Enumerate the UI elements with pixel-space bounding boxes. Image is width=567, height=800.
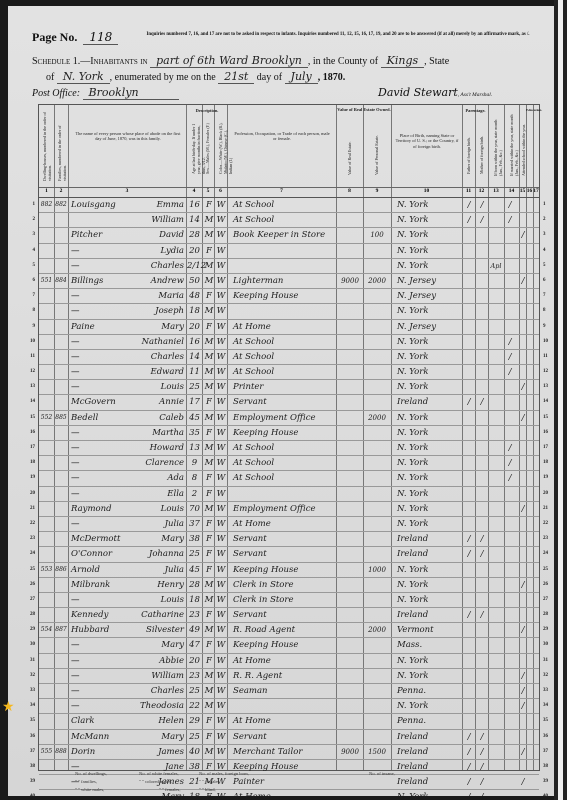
table-row: 5—Charles2/12MWN. YorkApl5 xyxy=(39,259,539,274)
dwelling-number xyxy=(39,532,54,546)
given-name: Lydia xyxy=(160,244,184,258)
given-name: Louis xyxy=(161,593,184,607)
age: 18 xyxy=(187,304,202,318)
school-mark xyxy=(505,638,515,652)
line-number: 24 xyxy=(27,551,35,556)
sex: M xyxy=(203,411,215,425)
mother-foreign-mark: / xyxy=(476,608,488,622)
mother-foreign-mark: / xyxy=(476,213,488,227)
surname: — xyxy=(71,684,80,698)
line-number-right: 30 xyxy=(543,642,553,647)
father-foreign-mark xyxy=(463,623,475,637)
sex: F xyxy=(203,198,215,212)
color: W xyxy=(215,563,227,577)
given-name: Henry xyxy=(157,578,184,592)
school-mark xyxy=(505,395,515,409)
father-foreign-mark xyxy=(463,274,475,288)
occupation xyxy=(229,304,339,318)
personal-estate-value xyxy=(364,365,390,379)
table-row: 20—Ella2FWN. York20 xyxy=(39,487,539,502)
person-name: McGovernAnnie xyxy=(69,395,186,409)
surname: — xyxy=(71,456,80,470)
occupation: At Home xyxy=(229,320,339,334)
birth-month xyxy=(489,441,503,455)
school-mark xyxy=(505,760,515,774)
surname: — xyxy=(71,426,80,440)
line-number-right: 28 xyxy=(543,612,553,617)
surname: Kennedy xyxy=(71,608,108,622)
surname: McMann xyxy=(71,730,109,744)
real-estate-value xyxy=(337,365,363,379)
given-name: Abbie xyxy=(159,654,184,668)
footer-foreign-females: " " females, xyxy=(199,779,220,784)
school-mark xyxy=(505,593,515,607)
citizen-mark xyxy=(517,760,529,774)
table-row: 3PitcherDavid28MWBook Keeper in Store100… xyxy=(39,228,539,243)
table-row: 6BillingsAndrew55188450MWLighterman90002… xyxy=(39,274,539,289)
footer-insane: No. of insane, xyxy=(369,771,395,776)
occupation: Keeping House xyxy=(229,563,339,577)
line-number-right: 10 xyxy=(543,339,553,344)
person-name: ClarkHelen xyxy=(69,714,186,728)
real-estate-value xyxy=(337,259,363,273)
line-number-right: 36 xyxy=(543,734,553,739)
line-number: 22 xyxy=(27,521,35,526)
occupation: At School xyxy=(229,441,339,455)
sex: M xyxy=(203,259,215,273)
table-row: 34—Theodosia22MWN. York/34 xyxy=(39,699,539,714)
dwelling-number xyxy=(39,304,54,318)
line-number: 2 xyxy=(27,217,35,222)
given-name: Clarence xyxy=(145,456,184,470)
personal-estate-value xyxy=(364,654,390,668)
color: W xyxy=(215,684,227,698)
surname: Louisgang xyxy=(71,198,116,212)
line-number-right: 21 xyxy=(543,506,553,511)
occupation: At Home xyxy=(229,790,339,800)
surname: — xyxy=(71,259,80,273)
color: W xyxy=(215,487,227,501)
age: 38 xyxy=(187,532,202,546)
given-name: Louis xyxy=(161,502,184,516)
birthplace: Ireland xyxy=(392,745,467,759)
marshal-line: David Stewart, Ass't Marshal. xyxy=(378,86,492,99)
person-name: MilbrankHenry xyxy=(69,578,186,592)
line-number-right: 23 xyxy=(543,536,553,541)
school-mark: / xyxy=(505,213,515,227)
surname: Hubbard xyxy=(71,623,109,637)
father-foreign-mark: / xyxy=(463,532,475,546)
sex: F xyxy=(203,714,215,728)
post-office-value: Brooklyn xyxy=(83,86,179,100)
person-name: DorinJames xyxy=(69,745,186,759)
line-number-right: 4 xyxy=(543,248,553,253)
month-value: July xyxy=(285,70,318,84)
dwelling-number xyxy=(39,669,54,683)
age: 45 xyxy=(187,563,202,577)
real-estate-value xyxy=(337,213,363,227)
col-8-header: Value of Real Estate. xyxy=(347,125,352,175)
person-name: —Ella xyxy=(69,487,186,501)
sex: F xyxy=(203,289,215,303)
mother-foreign-mark xyxy=(476,441,488,455)
education-header: Education. xyxy=(526,108,540,113)
family-number xyxy=(54,395,68,409)
birthplace: N. York xyxy=(392,350,467,364)
real-estate-value xyxy=(337,593,363,607)
person-name: —Theodosia xyxy=(69,699,186,713)
father-foreign-mark xyxy=(463,259,475,273)
birthplace: Ireland xyxy=(392,775,467,789)
dwelling-number xyxy=(39,790,54,800)
person-name: O'ConnorJohanna xyxy=(69,547,186,561)
school-mark xyxy=(505,669,515,683)
school-mark: / xyxy=(505,471,515,485)
person-name: ArnoldJulia xyxy=(69,563,186,577)
family-number xyxy=(54,654,68,668)
footer-white-males: " " white males, xyxy=(75,787,104,792)
real-estate-value xyxy=(337,350,363,364)
col-3-header: The name of every person whose place of … xyxy=(74,131,182,142)
person-name: —Clarence xyxy=(69,456,186,470)
family-number xyxy=(54,471,68,485)
real-estate-value xyxy=(337,623,363,637)
line-number: 3 xyxy=(27,232,35,237)
father-foreign-mark xyxy=(463,578,475,592)
table-row: 10—Nathaniel16MWAt SchoolN. York/10 xyxy=(39,335,539,350)
citizen-mark xyxy=(517,532,529,546)
of-label: of xyxy=(46,72,54,83)
birth-month xyxy=(489,623,503,637)
real-estate-value xyxy=(337,456,363,470)
birthplace: N. York xyxy=(392,593,467,607)
real-estate-value xyxy=(337,380,363,394)
birthplace: N. York xyxy=(392,654,467,668)
birthplace: Vermont xyxy=(392,623,467,637)
personal-estate-value xyxy=(364,775,390,789)
citizen-mark xyxy=(517,289,529,303)
col-7-header: Profession, Occupation, or Trade of each… xyxy=(234,131,330,142)
person-name: —William xyxy=(69,669,186,683)
age: 25 xyxy=(187,684,202,698)
line-number-right: 31 xyxy=(543,658,553,663)
father-foreign-mark xyxy=(463,441,475,455)
col-13-header: If born within the year, state month (Ja… xyxy=(493,111,503,176)
father-foreign-mark: / xyxy=(463,790,475,800)
father-foreign-mark xyxy=(463,335,475,349)
sex: M xyxy=(203,213,215,227)
sex: M xyxy=(203,623,215,637)
father-foreign-mark xyxy=(463,350,475,364)
school-mark xyxy=(505,775,515,789)
given-name: Julia xyxy=(165,517,184,531)
line-number-right: 26 xyxy=(543,582,553,587)
personal-estate-value xyxy=(364,547,390,561)
birth-month xyxy=(489,198,503,212)
personal-estate-value xyxy=(364,669,390,683)
mother-foreign-mark xyxy=(476,593,488,607)
family-number xyxy=(54,456,68,470)
line-number-right: 14 xyxy=(543,399,553,404)
table-row: 25ArnoldJulia55388645FWKeeping House1000… xyxy=(39,563,539,578)
surname: — xyxy=(71,380,80,394)
school-mark xyxy=(505,699,515,713)
given-name: Catharine xyxy=(141,608,184,622)
occupation: Keeping House xyxy=(229,289,339,303)
real-estate-value xyxy=(337,532,363,546)
color: W xyxy=(215,426,227,440)
personal-estate-value xyxy=(364,532,390,546)
mother-foreign-mark xyxy=(476,320,488,334)
post-office-label: Post Office: xyxy=(32,88,80,99)
mother-foreign-mark: / xyxy=(476,790,488,800)
birthplace: N. Jersey xyxy=(392,289,467,303)
line-number: 36 xyxy=(27,734,35,739)
real-estate-value: 9000 xyxy=(337,274,363,288)
dwelling-number xyxy=(39,547,54,561)
sex: F xyxy=(203,638,215,652)
mother-foreign-mark xyxy=(476,259,488,273)
line-number: 28 xyxy=(27,612,35,617)
personal-estate-value xyxy=(364,244,390,258)
surname: — xyxy=(71,304,80,318)
surname: Clark xyxy=(71,714,95,728)
location-value: part of 6th Ward Brooklyn xyxy=(150,54,308,68)
personal-estate-value: 2000 xyxy=(364,274,390,288)
sex: M xyxy=(203,380,215,394)
dwelling-number xyxy=(39,441,54,455)
personal-estate-value: 2000 xyxy=(364,411,390,425)
mother-foreign-mark: / xyxy=(476,760,488,774)
surname: — xyxy=(71,244,80,258)
mother-foreign-mark xyxy=(476,669,488,683)
birth-month xyxy=(489,730,503,744)
line-number-right: 5 xyxy=(543,263,553,268)
father-foreign-mark xyxy=(463,320,475,334)
footer-colored-males: " " colored males, xyxy=(139,779,172,784)
col-num: 3 xyxy=(68,188,186,194)
real-estate-value xyxy=(337,198,363,212)
col-num: 10 xyxy=(391,188,462,194)
family-number xyxy=(54,335,68,349)
line-number: 17 xyxy=(27,445,35,450)
mother-foreign-mark xyxy=(476,563,488,577)
inquiries-note: Inquiries numbered 7, 16, and 17 are not… xyxy=(133,32,543,38)
person-name: —Nathaniel xyxy=(69,335,186,349)
person-name: LouisgangEmma xyxy=(69,198,186,212)
citizen-mark xyxy=(517,395,529,409)
footer-blind: " " blind, xyxy=(199,787,216,792)
real-estate-value xyxy=(337,517,363,531)
line-number: 39 xyxy=(27,779,35,784)
family-number xyxy=(54,517,68,531)
dwelling-number xyxy=(39,456,54,470)
person-name: —Mary xyxy=(69,638,186,652)
color: W xyxy=(215,198,227,212)
father-foreign-mark xyxy=(463,487,475,501)
col-num: 14 xyxy=(504,188,519,194)
table-row: 30—Mary47FWKeeping HouseMass.30 xyxy=(39,638,539,653)
color: W xyxy=(215,593,227,607)
color: W xyxy=(215,532,227,546)
sex: M xyxy=(203,441,215,455)
person-name: —Ada xyxy=(69,471,186,485)
family-number xyxy=(54,532,68,546)
line-number: 19 xyxy=(27,475,35,480)
real-estate-value xyxy=(337,578,363,592)
age: 35 xyxy=(187,426,202,440)
birth-month xyxy=(489,335,503,349)
mother-foreign-mark: / xyxy=(476,395,488,409)
person-name: William xyxy=(69,213,186,227)
family-number xyxy=(54,259,68,273)
real-estate-value xyxy=(337,699,363,713)
occupation: At School xyxy=(229,213,339,227)
dwelling-number xyxy=(39,380,54,394)
birthplace: Ireland xyxy=(392,760,467,774)
citizen-mark xyxy=(517,304,529,318)
birth-month xyxy=(489,654,503,668)
mother-foreign-mark xyxy=(476,244,488,258)
col-num: 6 xyxy=(214,188,227,194)
birthplace: N. York xyxy=(392,487,467,501)
personal-estate-value xyxy=(364,213,390,227)
mother-foreign-mark xyxy=(476,304,488,318)
real-estate-value xyxy=(337,714,363,728)
surname: McGovern xyxy=(71,395,116,409)
sex: M xyxy=(203,502,215,516)
person-name: —Edward xyxy=(69,365,186,379)
table-row: 24O'ConnorJohanna25FWServantIreland//24 xyxy=(39,547,539,562)
mother-foreign-mark xyxy=(476,456,488,470)
personal-estate-value xyxy=(364,395,390,409)
surname: — xyxy=(71,699,80,713)
sex: F xyxy=(203,654,215,668)
line-number-right: 25 xyxy=(543,567,553,572)
line-number-right: 29 xyxy=(543,627,553,632)
person-name: —Joseph xyxy=(69,304,186,318)
father-foreign-mark: / xyxy=(463,745,475,759)
dwelling-number xyxy=(39,244,54,258)
age: 22 xyxy=(187,699,202,713)
citizen-mark xyxy=(517,547,529,561)
personal-estate-value: 2000 xyxy=(364,623,390,637)
occupation: At Home xyxy=(229,714,339,728)
dwelling-number xyxy=(39,228,54,242)
line-number-right: 22 xyxy=(543,521,553,526)
birth-month xyxy=(489,244,503,258)
color: W xyxy=(215,699,227,713)
line-number-right: 11 xyxy=(543,354,553,359)
footer-foreign-males: No. of males, foreign born, xyxy=(199,771,249,776)
occupation: Lighterman xyxy=(229,274,339,288)
citizen-mark xyxy=(517,456,529,470)
person-name: PaineMary xyxy=(69,320,186,334)
birthplace: N. York xyxy=(392,669,467,683)
birth-month xyxy=(489,365,503,379)
birth-month xyxy=(489,320,503,334)
father-foreign-mark xyxy=(463,669,475,683)
person-name: —Charles xyxy=(69,259,186,273)
surname: Raymond xyxy=(71,502,112,516)
table-row: 31—Abbie20FWAt HomeN. York31 xyxy=(39,654,539,669)
birth-month xyxy=(489,699,503,713)
color: W xyxy=(215,350,227,364)
birth-month xyxy=(489,517,503,531)
dwelling-number xyxy=(39,654,54,668)
mother-foreign-mark xyxy=(476,517,488,531)
citizen-mark: / xyxy=(517,274,529,288)
birthplace: N. York xyxy=(392,578,467,592)
table-row: 28KennedyCatharine23FWServantIreland//28 xyxy=(39,608,539,623)
footer-white-females: No. of white females, xyxy=(139,771,179,776)
occupation: Employment Office xyxy=(229,411,339,425)
color: W xyxy=(215,244,227,258)
census-rows: 1LouisgangEmma88288216FWAt SchoolN. York… xyxy=(39,198,539,800)
person-name: —Louis xyxy=(69,380,186,394)
citizen-mark: / xyxy=(517,745,529,759)
family-number xyxy=(54,304,68,318)
occupation: Employment Office xyxy=(229,502,339,516)
father-foreign-mark xyxy=(463,365,475,379)
school-mark xyxy=(505,684,515,698)
citizen-mark: / xyxy=(517,578,529,592)
real-estate-value: 9000 xyxy=(337,745,363,759)
line-number: 38 xyxy=(27,764,35,769)
family-number xyxy=(54,426,68,440)
age: 11 xyxy=(187,365,202,379)
sex: M xyxy=(203,578,215,592)
age: 14 xyxy=(187,213,202,227)
schedule-line: Schedule 1.—Inhabitants in part of 6th W… xyxy=(32,54,449,67)
school-mark: / xyxy=(505,350,515,364)
person-name: —Martha xyxy=(69,426,186,440)
birth-month xyxy=(489,775,503,789)
real-estate-value xyxy=(337,487,363,501)
col-num: 4 xyxy=(186,188,202,194)
family-number xyxy=(54,441,68,455)
birth-month xyxy=(489,380,503,394)
mother-foreign-mark xyxy=(476,578,488,592)
citizen-mark xyxy=(517,790,529,800)
real-estate-value xyxy=(337,608,363,622)
dwelling-number: 552 xyxy=(39,411,54,425)
father-foreign-mark xyxy=(463,304,475,318)
age: 70 xyxy=(187,502,202,516)
line-number-right: 6 xyxy=(543,278,553,283)
table-row: 4—Lydia20FWN. York4 xyxy=(39,244,539,259)
line-number: 1 xyxy=(27,202,35,207)
citizen-mark: / xyxy=(517,699,529,713)
color: W xyxy=(215,380,227,394)
given-name: Charles xyxy=(151,350,184,364)
age: 28 xyxy=(187,228,202,242)
census-page: Page No.118 Inquiries numbered 7, 16, an… xyxy=(8,6,554,796)
person-name: —Charles xyxy=(69,350,186,364)
col-1-header: Dwelling-houses, numbered in the order o… xyxy=(42,111,52,181)
citizen-mark xyxy=(517,320,529,334)
col-10-header: Place of Birth, naming State or Territor… xyxy=(395,133,459,149)
birth-month xyxy=(489,593,503,607)
age: 2 xyxy=(187,487,202,501)
personal-estate-value xyxy=(364,350,390,364)
sex: M xyxy=(203,335,215,349)
sex: M xyxy=(203,669,215,683)
description-header: Description. xyxy=(187,108,227,113)
school-mark xyxy=(505,578,515,592)
occupation: Book Keeper in Store xyxy=(229,228,339,242)
age: 25 xyxy=(187,730,202,744)
